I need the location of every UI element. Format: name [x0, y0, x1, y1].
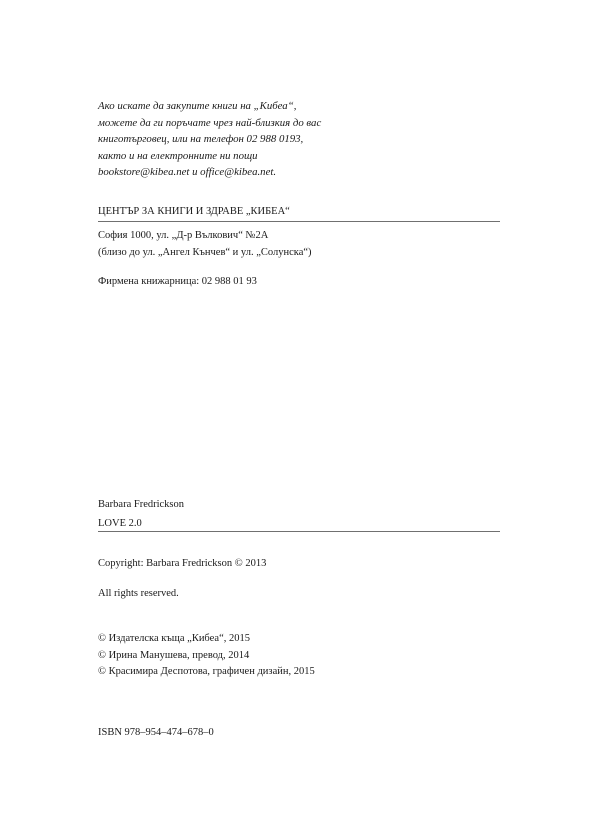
credit-line: © Красимира Деспотова, графичен дизайн, … — [98, 664, 315, 681]
address-line-2: (близо до ул. „Ангел Кънчев“ и ул. „Солу… — [98, 245, 312, 262]
purchase-note-line: Ако искате да закупите книги на „Кибеа“, — [98, 98, 321, 115]
isbn: ISBN 978–954–474–678–0 — [98, 725, 214, 742]
rights-text: All rights reserved. — [98, 586, 179, 603]
publisher-name: ЦЕНТЪР ЗА КНИГИ И ЗДРАВЕ „КИБЕА“ — [98, 204, 290, 221]
credit-line: © Ирина Манушева, превод, 2014 — [98, 648, 315, 665]
divider — [98, 221, 500, 222]
copyright-text: Copyright: Barbara Fredrickson © 2013 — [98, 556, 266, 573]
publisher-address: София 1000, ул. „Д-р Вълкович“ №2А (близ… — [98, 228, 312, 261]
publisher-name-text: ЦЕНТЪР ЗА КНИГИ И ЗДРАВЕ „КИБЕА“ — [98, 204, 290, 221]
credit-line: © Издателска къща „Кибеа“, 2015 — [98, 631, 315, 648]
purchase-note-line: можете да ги поръчате чрез най-близкия д… — [98, 115, 321, 132]
purchase-note-line: bookstore@kibea.net и office@kibea.net. — [98, 164, 321, 181]
copyright: Copyright: Barbara Fredrickson © 2013 — [98, 556, 266, 573]
purchase-note-line: книготърговец, или на телефон 02 988 019… — [98, 131, 321, 148]
divider — [98, 531, 500, 532]
credits: © Издателска къща „Кибеа“, 2015 © Ирина … — [98, 631, 315, 681]
book-author: Barbara Fredrickson — [98, 497, 184, 514]
rights: All rights reserved. — [98, 586, 179, 603]
book-info: Barbara Fredrickson LOVE 2.0 — [98, 497, 184, 532]
purchase-note-line: както и на електронните ни пощи — [98, 148, 321, 165]
address-line-1: София 1000, ул. „Д-р Вълкович“ №2А — [98, 228, 312, 245]
bookstore-phone: Фирмена книжарница: 02 988 01 93 — [98, 274, 257, 291]
isbn-text: ISBN 978–954–474–678–0 — [98, 725, 214, 742]
book-title: LOVE 2.0 — [98, 516, 184, 533]
bookstore-phone-text: Фирмена книжарница: 02 988 01 93 — [98, 274, 257, 291]
purchase-note: Ако искате да закупите книги на „Кибеа“,… — [98, 98, 321, 181]
